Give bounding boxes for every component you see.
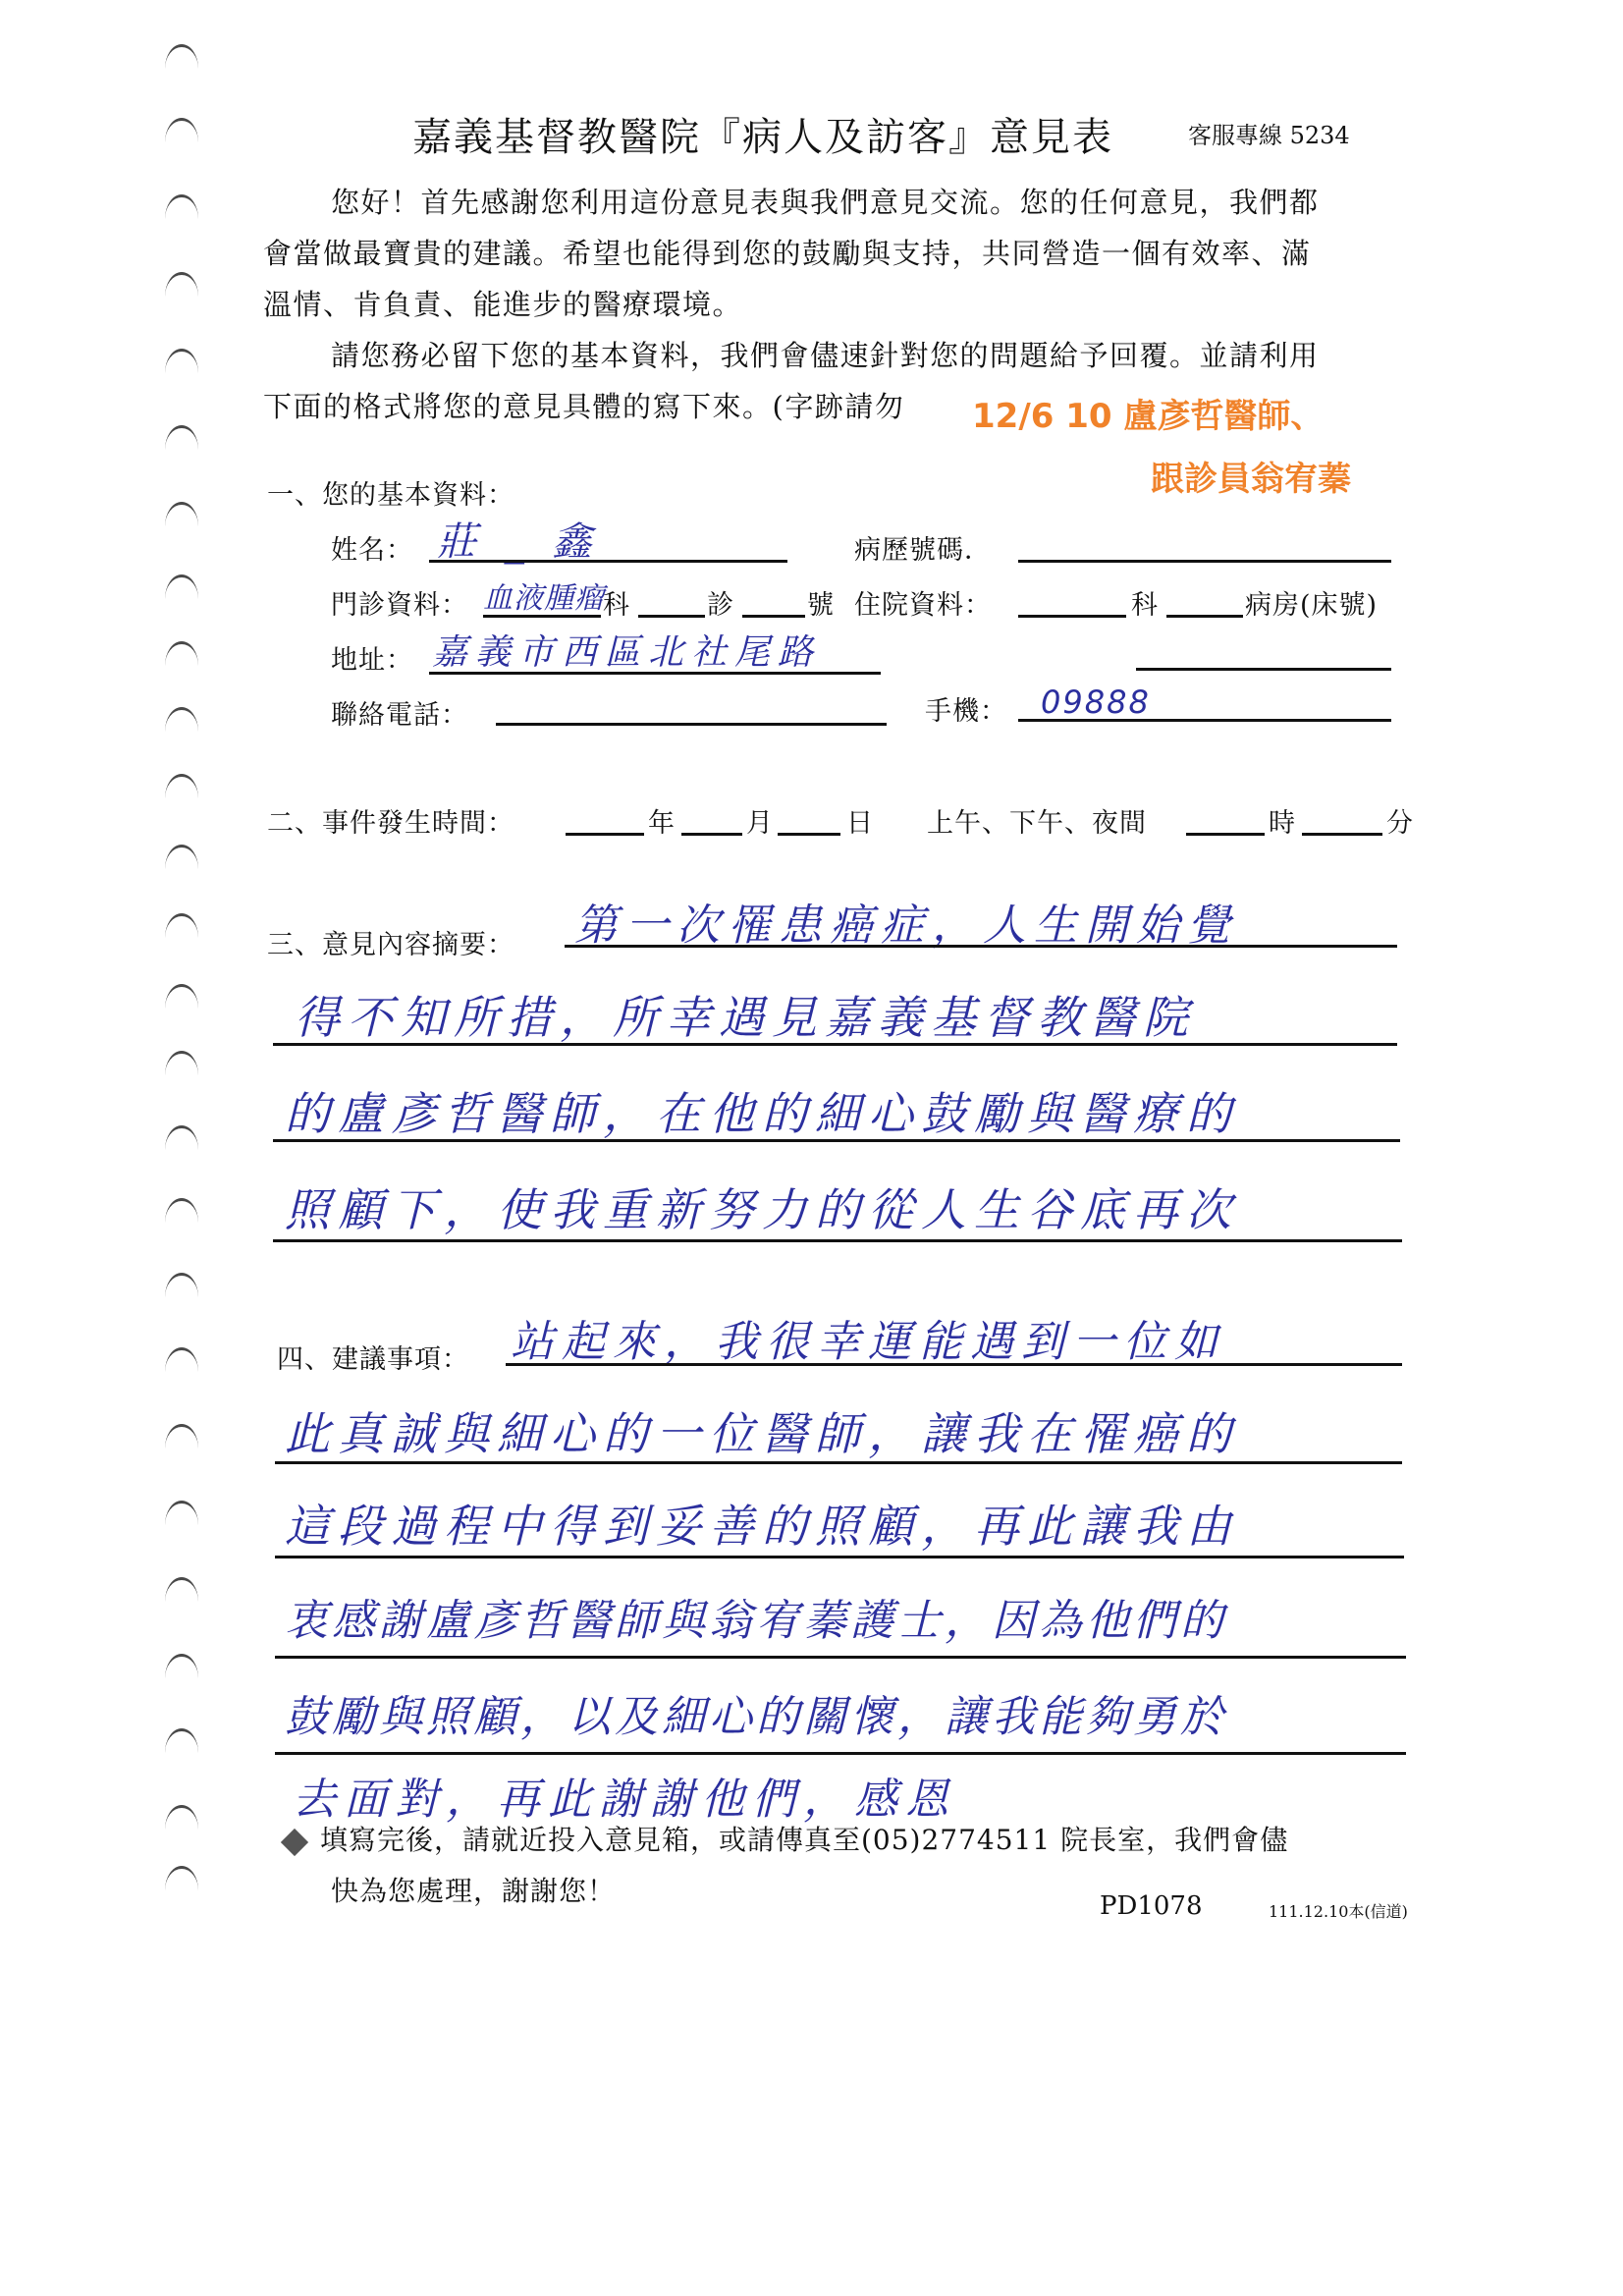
binding-hole-icon (165, 272, 198, 297)
binding-hole-icon (165, 1728, 198, 1753)
phone-field[interactable] (496, 723, 887, 726)
address-label: 地址： (331, 638, 413, 677)
suggestion-line[interactable]: 站起來，我很幸運能遇到一位如 (511, 1306, 1225, 1369)
comment-underline (273, 1043, 1397, 1046)
comment-underline (273, 1139, 1400, 1142)
hotline: 客服專線 5234 (1188, 116, 1350, 150)
mobile-underline (1018, 719, 1391, 722)
diamond-bullet-icon (281, 1828, 308, 1855)
suggestion-underline (275, 1556, 1404, 1558)
footer-instruction-1: 填寫完後，請就近投入意見箱，或請傳真至(05)2774511 院長室，我們會儘 (285, 1819, 1288, 1858)
address-underline (429, 672, 881, 675)
binding-hole-icon (165, 1805, 198, 1830)
hour-label: 時 (1269, 801, 1296, 840)
suggestion-line[interactable]: 鼓勵與照顧，以及細心的關懷，讓我能夠勇於 (285, 1681, 1227, 1744)
binding-hole-icon (165, 1424, 198, 1449)
month-field[interactable] (681, 833, 742, 836)
binding-hole-icon (165, 194, 198, 219)
binding-hole-icon (165, 1051, 198, 1075)
intro-line: 會當做最寶貴的建議。希望也能得到您的鼓勵與支持，共同營造一個有效率、滿 (263, 232, 1312, 272)
binding-hole-icon (165, 1273, 198, 1297)
year-label: 年 (648, 801, 676, 840)
binding-hole-icon (165, 913, 198, 938)
comment-underline (273, 1239, 1402, 1242)
form-title: 嘉義基督教醫院『病人及訪客』意見表 (412, 106, 1113, 162)
binding-hole-icon (165, 1125, 198, 1150)
binding-hole-icon (165, 1501, 198, 1525)
intro-line: 請您務必留下您的基本資料，我們會儘速針對您的問題給予回覆。並請利用 (331, 334, 1320, 374)
section3-heading: 三、意見內容摘要： (267, 923, 514, 961)
name-underline (429, 560, 787, 563)
inpatient-label: 住院資料： (854, 583, 992, 622)
intro-line: 下面的格式將您的意見具體的寫下來。(字跡請勿 (263, 385, 904, 425)
binding-hole-icon (165, 1654, 198, 1678)
number-suffix: 號 (807, 583, 835, 622)
inpatient-dept-field[interactable] (1018, 615, 1126, 618)
binding-hole-icon (165, 845, 198, 869)
revision-note: 111.12.10本(信道) (1269, 1899, 1408, 1922)
comment-underline (565, 945, 1397, 948)
suggestion-line[interactable]: 去面對，再此謝謝他們，感恩 (293, 1764, 956, 1827)
annotation-line-2: 跟診員翁宥蓁 (1151, 452, 1351, 500)
section2-heading: 二、事件發生時間： (267, 801, 514, 840)
suggestion-underline (275, 1461, 1402, 1464)
binding-hole-icon (165, 1866, 198, 1890)
section1-heading: 一、您的基本資料： (267, 473, 514, 512)
binding-hole-icon (165, 984, 198, 1009)
footer-instruction-2: 快為您處理，謝謝您！ (331, 1870, 616, 1909)
binding-hole-icon (165, 44, 198, 69)
intro-line: 您好！首先感謝您利用這份意見表與我們意見交流。您的任何意見，我們都 (331, 181, 1320, 221)
inpatient-dept-suffix: 科 (1131, 583, 1159, 622)
day-label: 日 (846, 801, 874, 840)
suggestion-line[interactable]: 衷感謝盧彥哲醫師與翁宥蓁護士，因為他們的 (285, 1585, 1227, 1648)
binding-hole-icon (165, 502, 198, 526)
hour-field[interactable] (1186, 833, 1265, 836)
binding-hole-icon (165, 118, 198, 142)
name-label: 姓名： (331, 528, 413, 567)
suggestion-line[interactable]: 這段過程中得到妥善的照顧，再此讓我由 (285, 1491, 1239, 1556)
mobile-field[interactable]: 09888 (1041, 683, 1151, 721)
month-label: 月 (746, 801, 774, 840)
year-field[interactable] (566, 833, 644, 836)
day-field[interactable] (778, 833, 840, 836)
comment-line[interactable]: 得不知所措，所幸遇見嘉義基督教醫院 (295, 982, 1196, 1047)
ward-suffix: 病房(床號) (1245, 583, 1378, 622)
binding-hole-icon (165, 774, 198, 798)
binding-hole-icon (165, 1347, 198, 1372)
outpatient-dept-field[interactable]: 血液腫瘤 (483, 574, 605, 617)
binding-hole-icon (165, 574, 198, 599)
suggestion-underline (275, 1752, 1406, 1755)
suggestion-underline (275, 1656, 1406, 1659)
binding-hole-icon (165, 641, 198, 666)
number-field[interactable] (742, 615, 805, 618)
binding-hole-icon (165, 707, 198, 732)
minute-label: 分 (1386, 801, 1414, 840)
binding-hole-icon (165, 1577, 198, 1602)
binding-hole-icon (165, 425, 198, 450)
comment-line[interactable]: 第一次罹患癌症，人生開始覺 (574, 890, 1238, 953)
binding-hole-icon (165, 349, 198, 373)
footer-text: 填寫完後，請就近投入意見箱，或請傳真至(05)2774511 院長室，我們會儘 (320, 1824, 1288, 1856)
record-number-label: 病歷號碼． (854, 528, 992, 567)
comment-line[interactable]: 照顧下，使我重新努力的從人生谷底再次 (285, 1175, 1239, 1239)
suggestion-line[interactable]: 此真誠與細心的一位醫師，讓我在罹癌的 (285, 1398, 1239, 1463)
name-field[interactable]: 莊 _ 鑫 (437, 511, 599, 567)
binding-hole-icon (165, 1198, 198, 1223)
clinic-suffix: 診 (707, 583, 734, 622)
phone-label: 聯絡電話： (331, 693, 468, 732)
address-extra-underline (1136, 668, 1391, 671)
address-field[interactable]: 嘉義市西區北社尾路 (432, 625, 821, 675)
annotation-line-1: 12/6 10 盧彥哲醫師、 (972, 389, 1324, 437)
mobile-label: 手機： (925, 689, 1007, 728)
form-code: PD1078 (1100, 1891, 1203, 1921)
record-number-field[interactable] (1018, 560, 1391, 563)
clinic-field[interactable] (638, 615, 705, 618)
dept-suffix: 科 (603, 583, 630, 622)
suggestion-underline (506, 1363, 1402, 1366)
outpatient-dept-underline (483, 615, 601, 618)
ward-field[interactable] (1166, 615, 1243, 618)
outpatient-label: 門診資料： (331, 583, 468, 622)
minute-field[interactable] (1302, 833, 1382, 836)
section4-heading: 四、建議事項： (277, 1338, 469, 1376)
comment-line[interactable]: 的盧彥哲醫師，在他的細心鼓勵與醫療的 (285, 1078, 1239, 1143)
period-options[interactable]: 上午、下午、夜間 (927, 801, 1147, 840)
intro-line: 溫情、肯負責、能進步的醫療環境。 (263, 283, 742, 323)
